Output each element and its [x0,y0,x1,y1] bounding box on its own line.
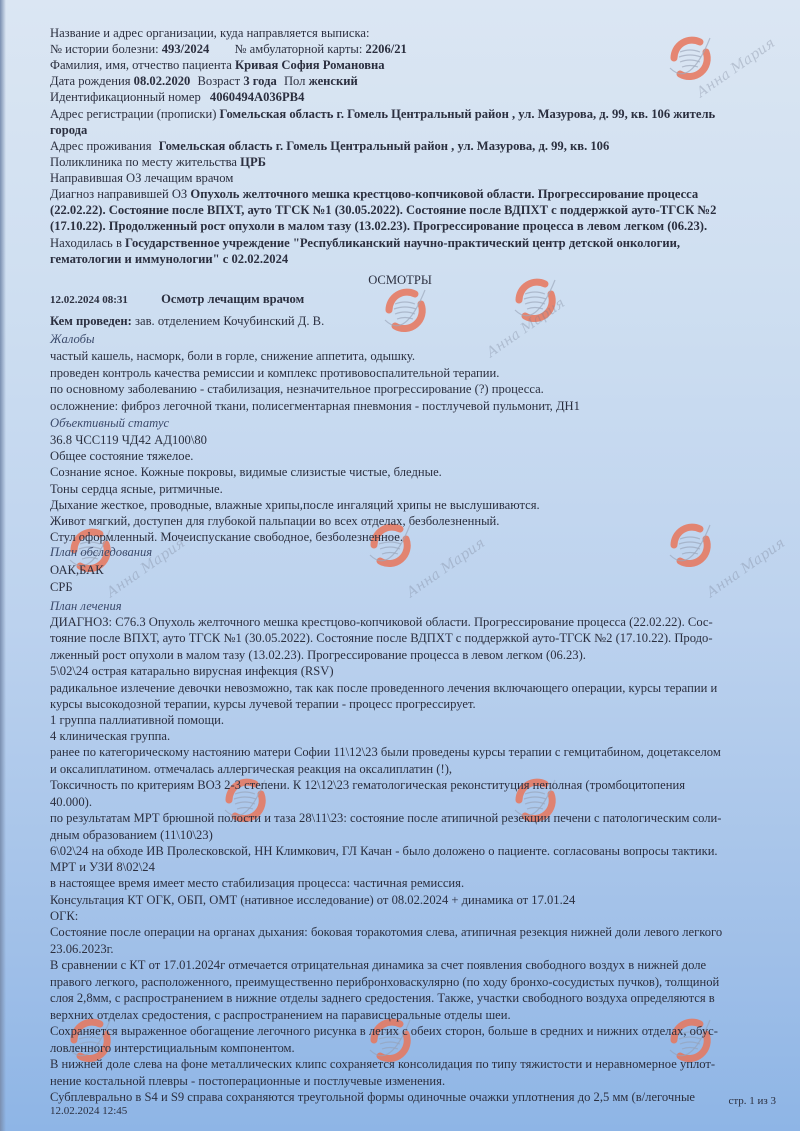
history-value: 493/2024 [162,42,210,56]
treatment-plan-line: верхних отделах средостения, с распростр… [50,1008,511,1023]
complaint-line: осложнение: фиброз легочной ткани, полис… [50,399,580,414]
clinic-label: Поликлиника по месту жительства [50,155,237,169]
live-label: Адрес проживания [50,139,152,153]
org-label: Название и адрес организации, куда напра… [50,26,370,41]
diag-label: Диагноз направившей ОЗ [50,187,187,201]
treatment-plan-line: ловленного интерстициальным компонентом. [50,1041,295,1056]
stay-line: Находилась в Государственное учреждение … [50,236,680,251]
reg-suffix-2: города [50,123,87,138]
treatment-plan-line: ОГК: [50,909,78,924]
treatment-plan-line: В сравнении с КТ от 17.01.2024г отмечает… [50,958,706,973]
section-title: ОСМОТРЫ [0,273,800,288]
diag-line: (17.10.22). Продолженный рост опухоли в … [50,219,707,234]
complaint-line: по основному заболеванию - стабилизация,… [50,382,544,397]
treatment-plan-line: МРТ и УЗИ 8\02\24 [50,860,155,875]
patient-name-line: Фамилия, имя, отчество пациента Кривая С… [50,58,385,73]
treatment-plan-line: Субплеврально в S4 и S9 справа сохраняют… [50,1090,695,1105]
exam-plan-item: ОАК,БАК [50,563,104,578]
history-label: № истории болезни: [50,42,159,56]
stay-line-2: гематологии и иммунологии" с 02.02.2024 [50,252,288,267]
watermark-signature: Анна Мария [704,535,788,601]
exam-title: Осмотр лечащим врачом [161,292,304,306]
reg-suffix: житель [673,107,715,121]
name-value: Кривая София Романовна [235,58,385,72]
treatment-plan-line: ранее по категорическому настоянию матер… [50,745,721,760]
page-shadow-edge [0,0,6,1131]
exam-plan-item: СРБ [50,580,73,595]
id-label: Идентификационный номер [50,90,201,104]
watermark-signature: Анна Мария [484,295,568,361]
stay-since: с 02.02.2024 [223,252,288,266]
treatment-plan-line: Консультация КТ ОГК, ОБП, ОМТ (нативное … [50,893,575,908]
watermark-logo-icon [375,280,435,338]
dob-line: Дата рождения 08.02.2020 Возраст 3 года … [50,74,358,89]
treatment-plan-line: 23.06.2023г. [50,942,114,957]
treatment-plan-line: правого легкого, расположенного, преимущ… [50,975,719,990]
exam-plan-heading: План обследования [50,545,152,560]
watermark-signature: Анна Мария [694,35,778,101]
treatment-plan-line: радикальное излечение девочки невозможно… [50,681,717,696]
exam-by-line: Кем проведен: зав. отделением Кочубински… [50,314,324,329]
referral-diagnosis-line-1: Диагноз направившей ОЗ Опухоль желточног… [50,187,698,202]
card-label: № амбулаторной карты: [234,42,362,56]
exam-header: 12.02.2024 08:31 Осмотр лечащим врачом [50,292,304,308]
treatment-plan-line: слоя 2,8мм, с распространением в нижние … [50,991,715,1006]
name-label: Фамилия, имя, отчество пациента [50,58,232,72]
treatment-plan-heading: План лечения [50,599,122,614]
status-line: Дыхание жесткое, проводные, влажные хрип… [50,498,540,513]
treatment-plan-line: Сохраняется выраженное обогащение легочн… [50,1024,718,1039]
id-line: Идентификационный номер 4060494A036PB4 [50,90,304,105]
status-line: Тоны сердца ясные, ритмичные. [50,482,223,497]
treatment-plan-line: в настоящее время имеет место стабилизац… [50,876,464,891]
clinic-value: ЦРБ [240,155,266,169]
status-line: Общее состояние тяжелое. [50,449,193,464]
live-value: Гомельская область г. Гомель Центральный… [159,139,610,153]
dob-value: 08.02.2020 [134,74,191,88]
age-label: Возраст [198,74,241,88]
reg-label: Адрес регистрации (прописки) [50,107,216,121]
age-value: 3 [243,74,249,88]
treatment-plan-line: 4 клиническая группа. [50,729,170,744]
document-page: Анна Мария Анна Мария Анна Мария Анна Ма… [0,0,800,1131]
exam-by-label: Кем проведен: [50,314,132,328]
treatment-plan-line: нение костальной плевры - постоперационн… [50,1074,445,1089]
status-line: Стул оформленный. Мочеиспускание свободн… [50,530,403,545]
watermark-logo-icon [660,28,720,86]
stay-value-2: гематологии и иммунологии" [50,252,220,266]
age-unit: года [253,74,277,88]
print-timestamp: 12.02.2024 12:45 [50,1104,127,1119]
treatment-plan-line: 1 группа паллиативной помощи. [50,713,224,728]
exam-by-value: зав. отделением Кочубинский Д. В. [135,314,324,328]
id-value: 4060494A036PB4 [210,90,304,104]
status-line: Сознание ясное. Кожные покровы, видимые … [50,465,442,480]
treatment-plan-line: В нижней доле слева на фоне металлически… [50,1057,715,1072]
page-number: стр. 1 из 3 [728,1094,776,1109]
stay-label: Находилась в [50,236,122,250]
sent-by: Направившая ОЗ лечащим врачом [50,171,233,186]
treatment-plan-line: 5\02\24 острая катарально вирусная инфек… [50,664,334,679]
treatment-plan-line: тояние после ВПХТ, ауто ТГСК №1 (30.05.2… [50,631,713,646]
treatment-plan-line: Токсичность по критериям ВОЗ 2-3 степени… [50,778,685,793]
complaint-line: частый кашель, насморк, боли в горле, сн… [50,349,415,364]
treatment-plan-line: по результатам МРТ брюшной полости и таз… [50,811,722,826]
complaints-heading: Жалобы [50,332,94,347]
sex-label: Пол [284,74,306,88]
treatment-plan-line: дным образованием (11\10\23) [50,828,213,843]
status-heading: Объективный статус [50,416,169,431]
clinic-line: Поликлиника по месту жительства ЦРБ [50,155,266,170]
reg-value: Гомельская область г. Гомель Центральный… [220,107,671,121]
dob-label: Дата рождения [50,74,131,88]
treatment-plan-line: курсы высокодозной терапии, курсы лучево… [50,697,476,712]
sex-value: женский [309,74,358,88]
treatment-plan-line: лженный рост опухоли в малом тазу (13.02… [50,648,586,663]
treatment-plan-line: и оксалиплатином. отмечалась аллергическ… [50,762,452,777]
registration-address-line: Адрес регистрации (прописки) Гомельская … [50,107,715,122]
stay-value: Государственное учреждение "Республиканс… [125,236,680,250]
treatment-plan-line: 6\02\24 на обходе ИВ Пролесковской, НН К… [50,844,718,859]
treatment-plan-line: 40.000). [50,795,92,810]
diag-line: Опухоль желточного мешка крестцово-копчи… [190,187,698,201]
living-address-line: Адрес проживания Гомельская область г. Г… [50,139,609,154]
card-value: 2206/21 [366,42,407,56]
treatment-plan-line: Состояние после операции на органах дыха… [50,925,722,940]
watermark-logo-icon [660,515,720,573]
watermark-signature: Анна Мария [404,535,488,601]
treatment-plan-line: ДИАГНОЗ: С76.3 Опухоль желточного мешка … [50,615,713,630]
complaint-line: проведен контроль качества ремиссии и ко… [50,366,499,381]
status-line: Живот мягкий, доступен для глубокой паль… [50,514,499,529]
status-line: 36.8 ЧСС119 ЧД42 АД100\80 [50,433,207,448]
diag-line: (22.02.22). Состояние после ВПХТ, ауто Т… [50,203,716,218]
exam-datetime: 12.02.2024 08:31 [50,294,128,306]
history-line: № истории болезни: 493/2024 № амбулаторн… [50,42,407,57]
